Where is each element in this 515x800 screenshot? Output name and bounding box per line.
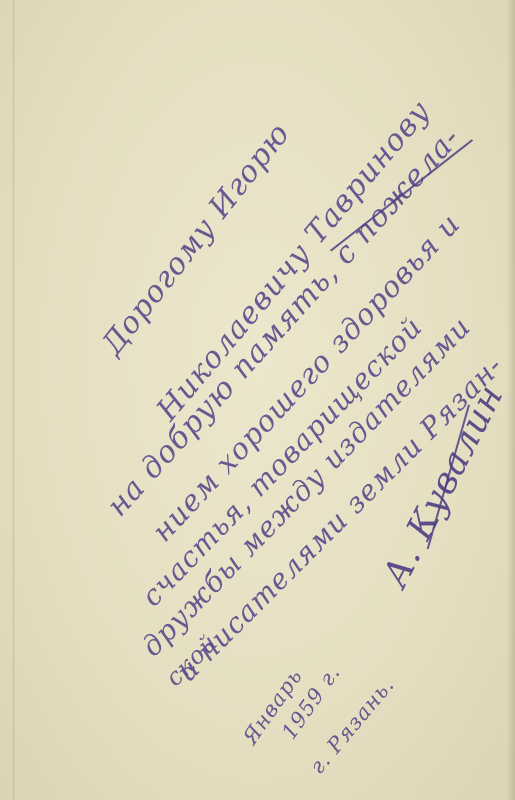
page-fold — [12, 0, 15, 800]
book-page: Дорогому Игорю Николаевичу Тавринову на … — [0, 0, 515, 800]
